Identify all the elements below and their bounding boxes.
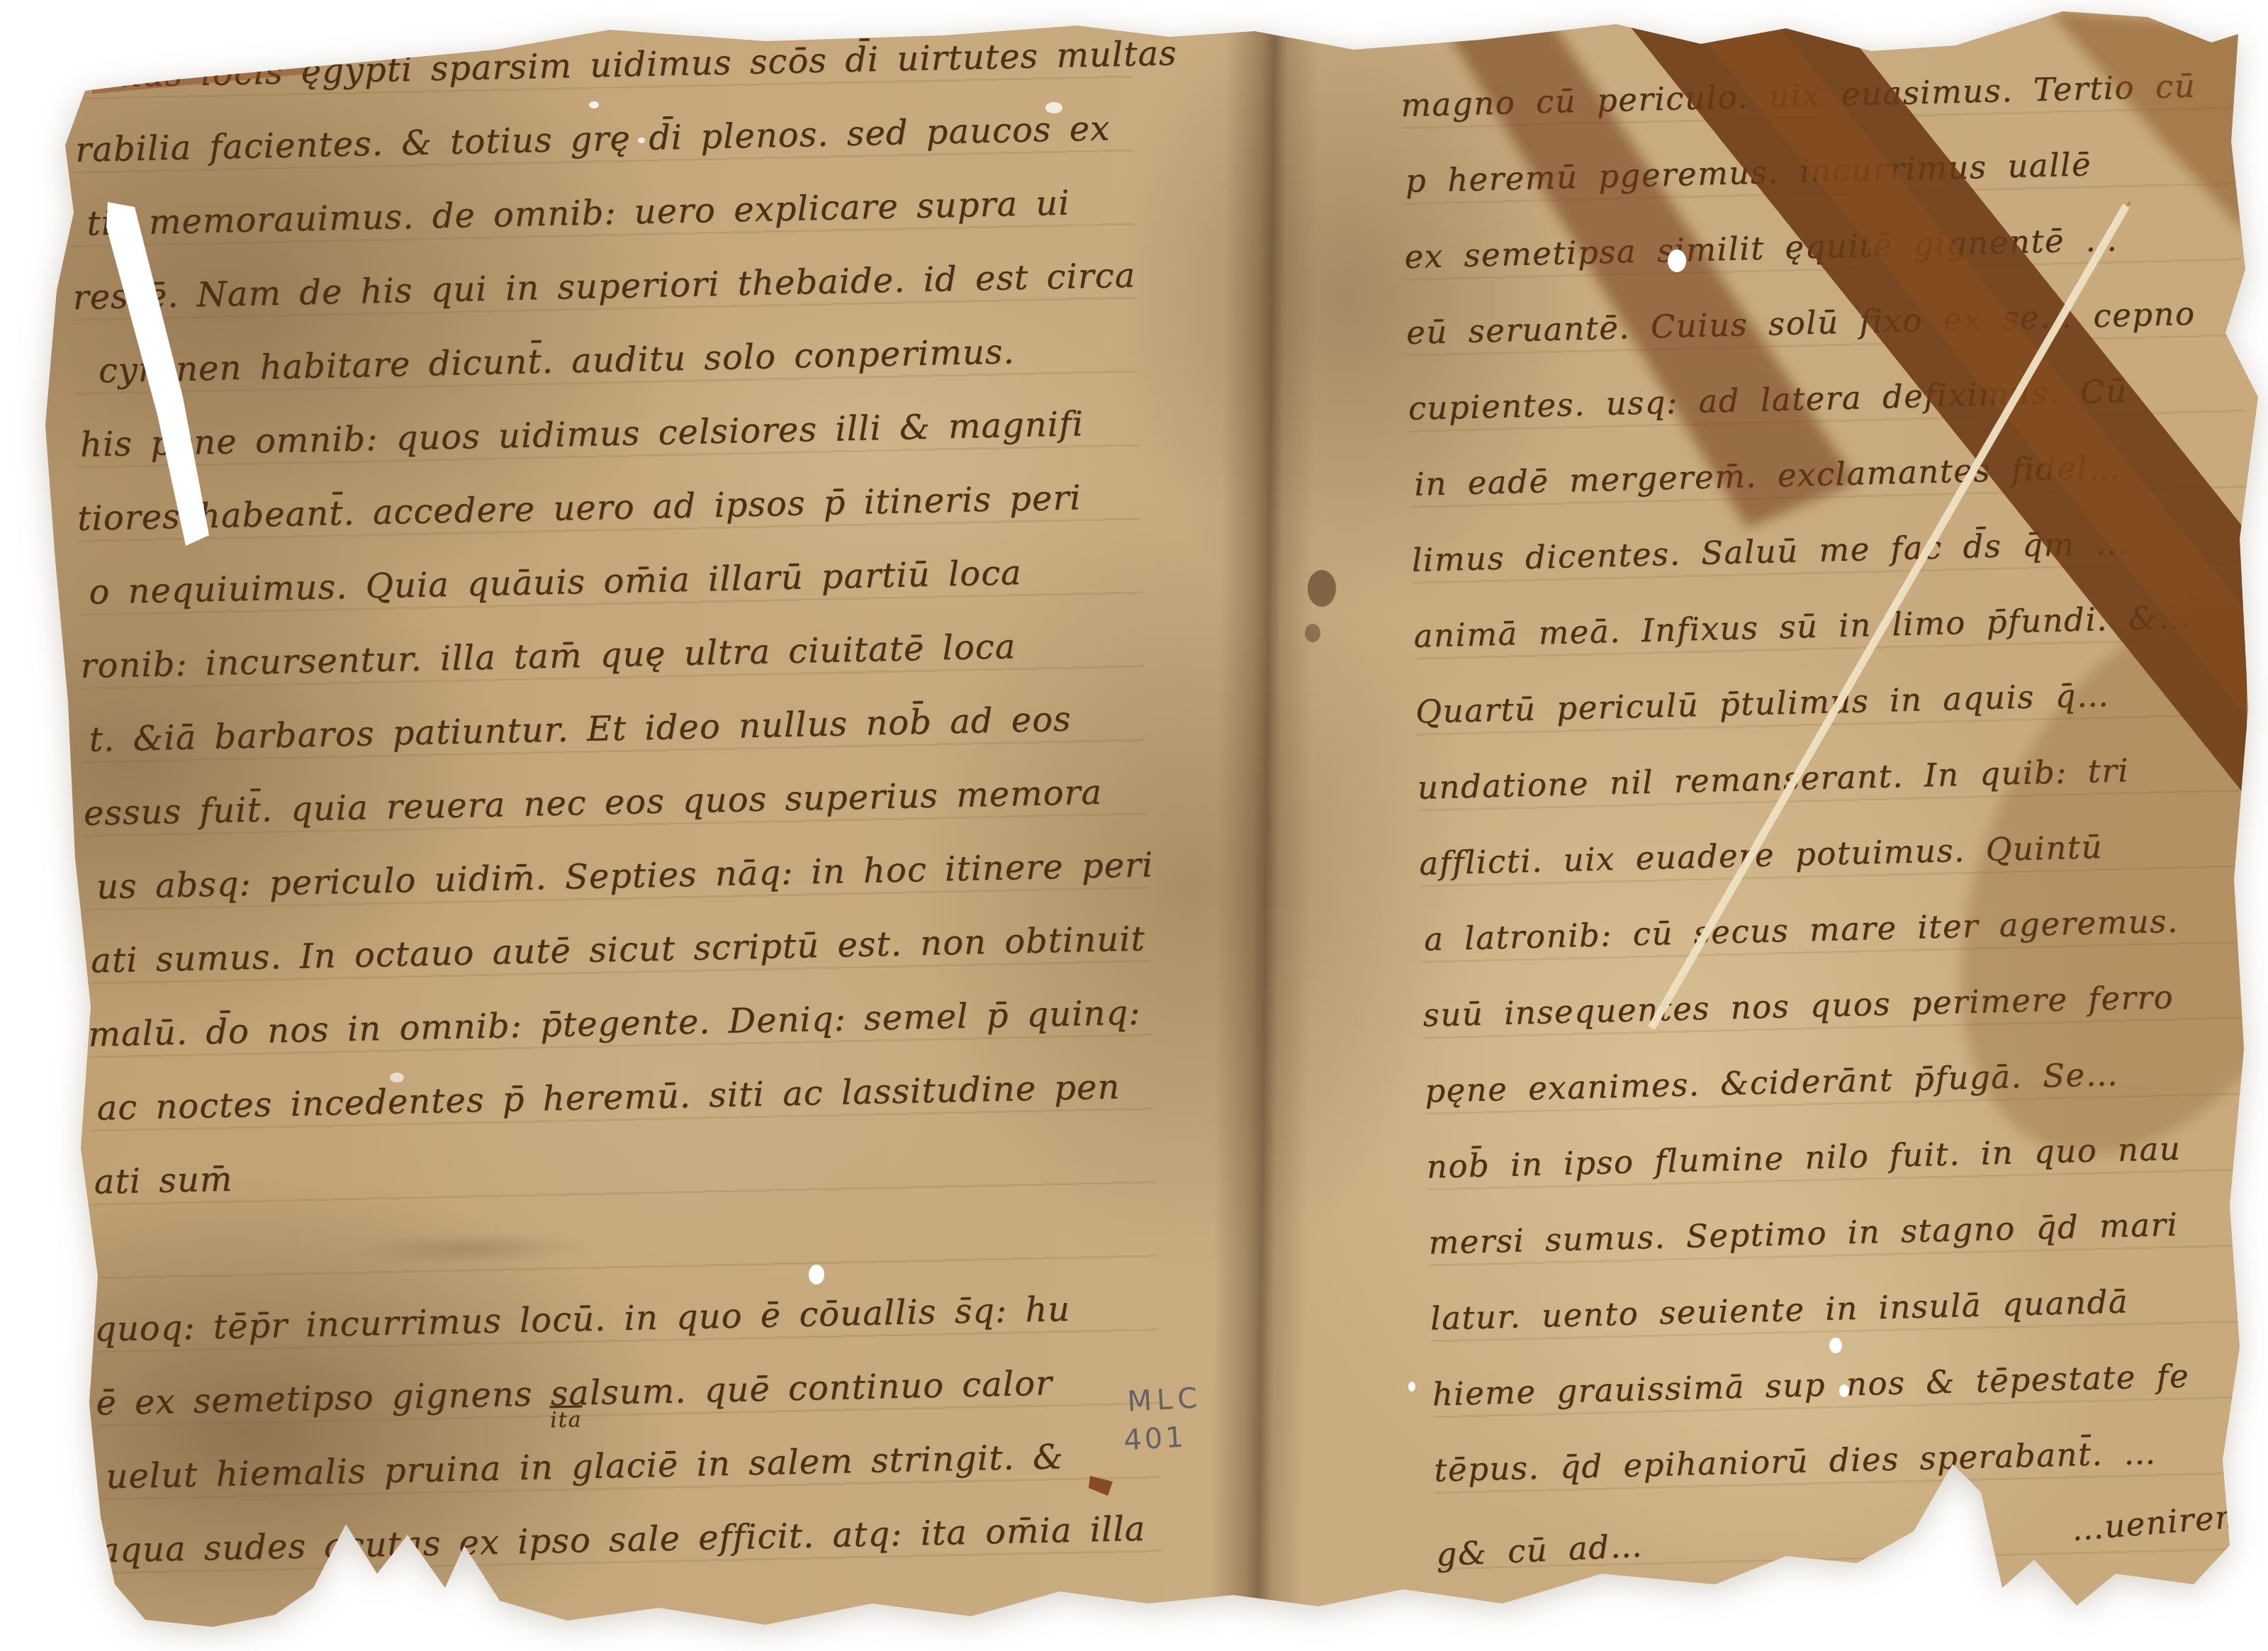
left-column-lines: mus locis ęgypti sparsim uidimus scōs d̄… <box>67 18 1162 1588</box>
gutter-fold <box>1209 21 1320 1629</box>
worm-hole <box>1408 1382 1415 1392</box>
last-line-left-fragment: g& cū ad… <box>1435 1508 1644 1593</box>
right-text-column: magno cū periculo. uix euasimus. Tertio … <box>1400 47 2268 1612</box>
photo-background: mus locis ęgypti sparsim uidimus scōs d̄… <box>0 0 2268 1651</box>
interlinear-correction: ita <box>550 1407 583 1433</box>
shelfmark: MLC 401 <box>1126 1379 1205 1459</box>
left-text-column: mus locis ęgypti sparsim uidimus scōs d̄… <box>67 18 1163 1613</box>
parchment-shadow: mus locis ęgypti sparsim uidimus scōs d̄… <box>0 0 2268 1651</box>
parchment: mus locis ęgypti sparsim uidimus scōs d̄… <box>0 0 2268 1651</box>
shelfmark-line-1: MLC <box>1126 1379 1203 1421</box>
right-column-lines: magno cū periculo. uix euasimus. Tertio … <box>1400 47 2268 1508</box>
last-line-right-fragment: …uenirem̄ <box>2069 1475 2268 1567</box>
shelfmark-line-2: 401 <box>1123 1417 1205 1460</box>
